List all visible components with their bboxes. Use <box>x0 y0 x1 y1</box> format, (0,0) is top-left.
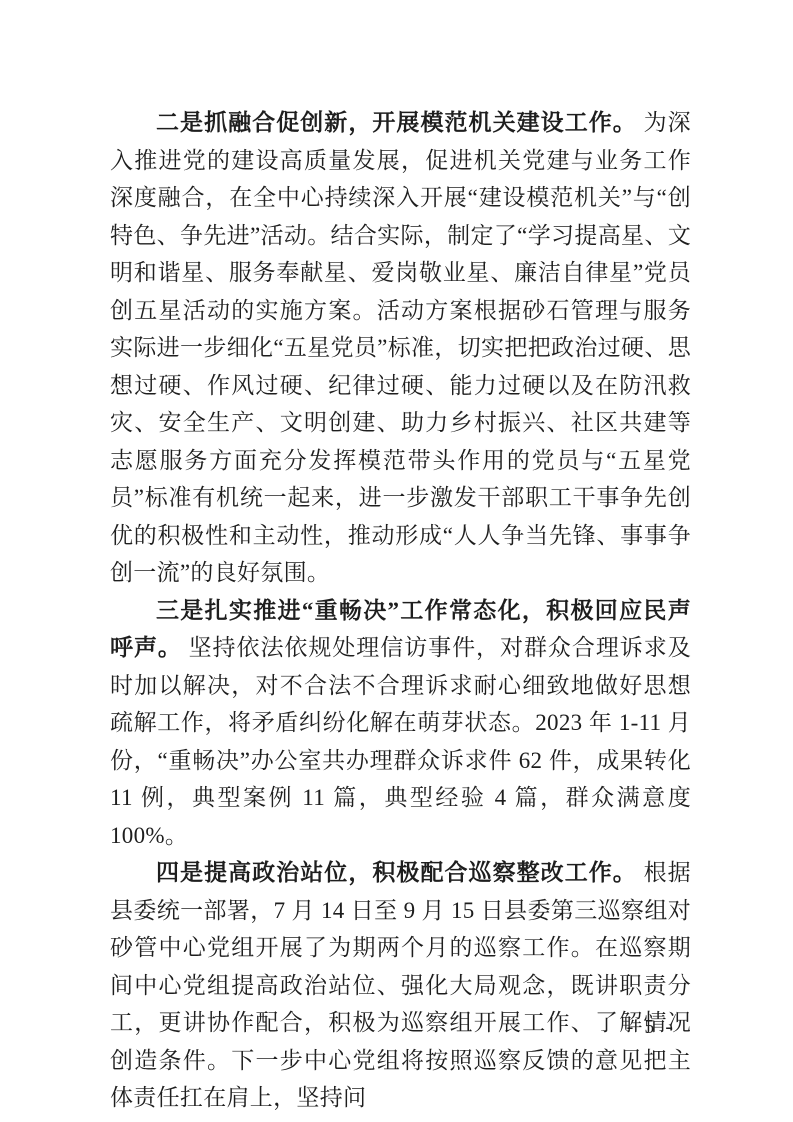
paragraph-body: 为深入推进党的建设高质量发展，促进机关党建与业务工作深度融合，在全中心持续深入开… <box>110 110 691 585</box>
paragraph-body: 根据县委统一部署，7 月 14 日至 9 月 15 日县委第三巡察组对砂管中心党… <box>110 860 691 1110</box>
document-text-block: 二是抓融合促创新，开展模范机关建设工作。 为深入推进党的建设高质量发展，促进机关… <box>110 104 691 1117</box>
paragraph-2-model-agency: 二是抓融合促创新，开展模范机关建设工作。 为深入推进党的建设高质量发展，促进机关… <box>110 104 691 592</box>
paragraph-4-inspection-rectification: 四是提高政治站位，积极配合巡察整改工作。 根据县委统一部署，7 月 14 日至 … <box>110 854 691 1117</box>
document-page: 二是抓融合促创新，开展模范机关建设工作。 为深入推进党的建设高质量发展，促进机关… <box>0 0 793 1122</box>
paragraph-lead: 四是提高政治站位，积极配合巡察整改工作。 <box>156 860 637 885</box>
paragraph-body: 坚持依法依规处理信访事件，对群众合理诉求及时加以解决，对不合法不合理诉求耐心细致… <box>110 635 691 848</box>
paragraph-lead: 二是抓融合促创新，开展模范机关建设工作。 <box>156 110 637 135</box>
paragraph-3-petition-work: 三是扎实推进“重畅决”工作常态化，积极回应民声呼声。 坚持依法依规处理信访事件，… <box>110 592 691 855</box>
page-number: - 5 - <box>627 1016 675 1039</box>
